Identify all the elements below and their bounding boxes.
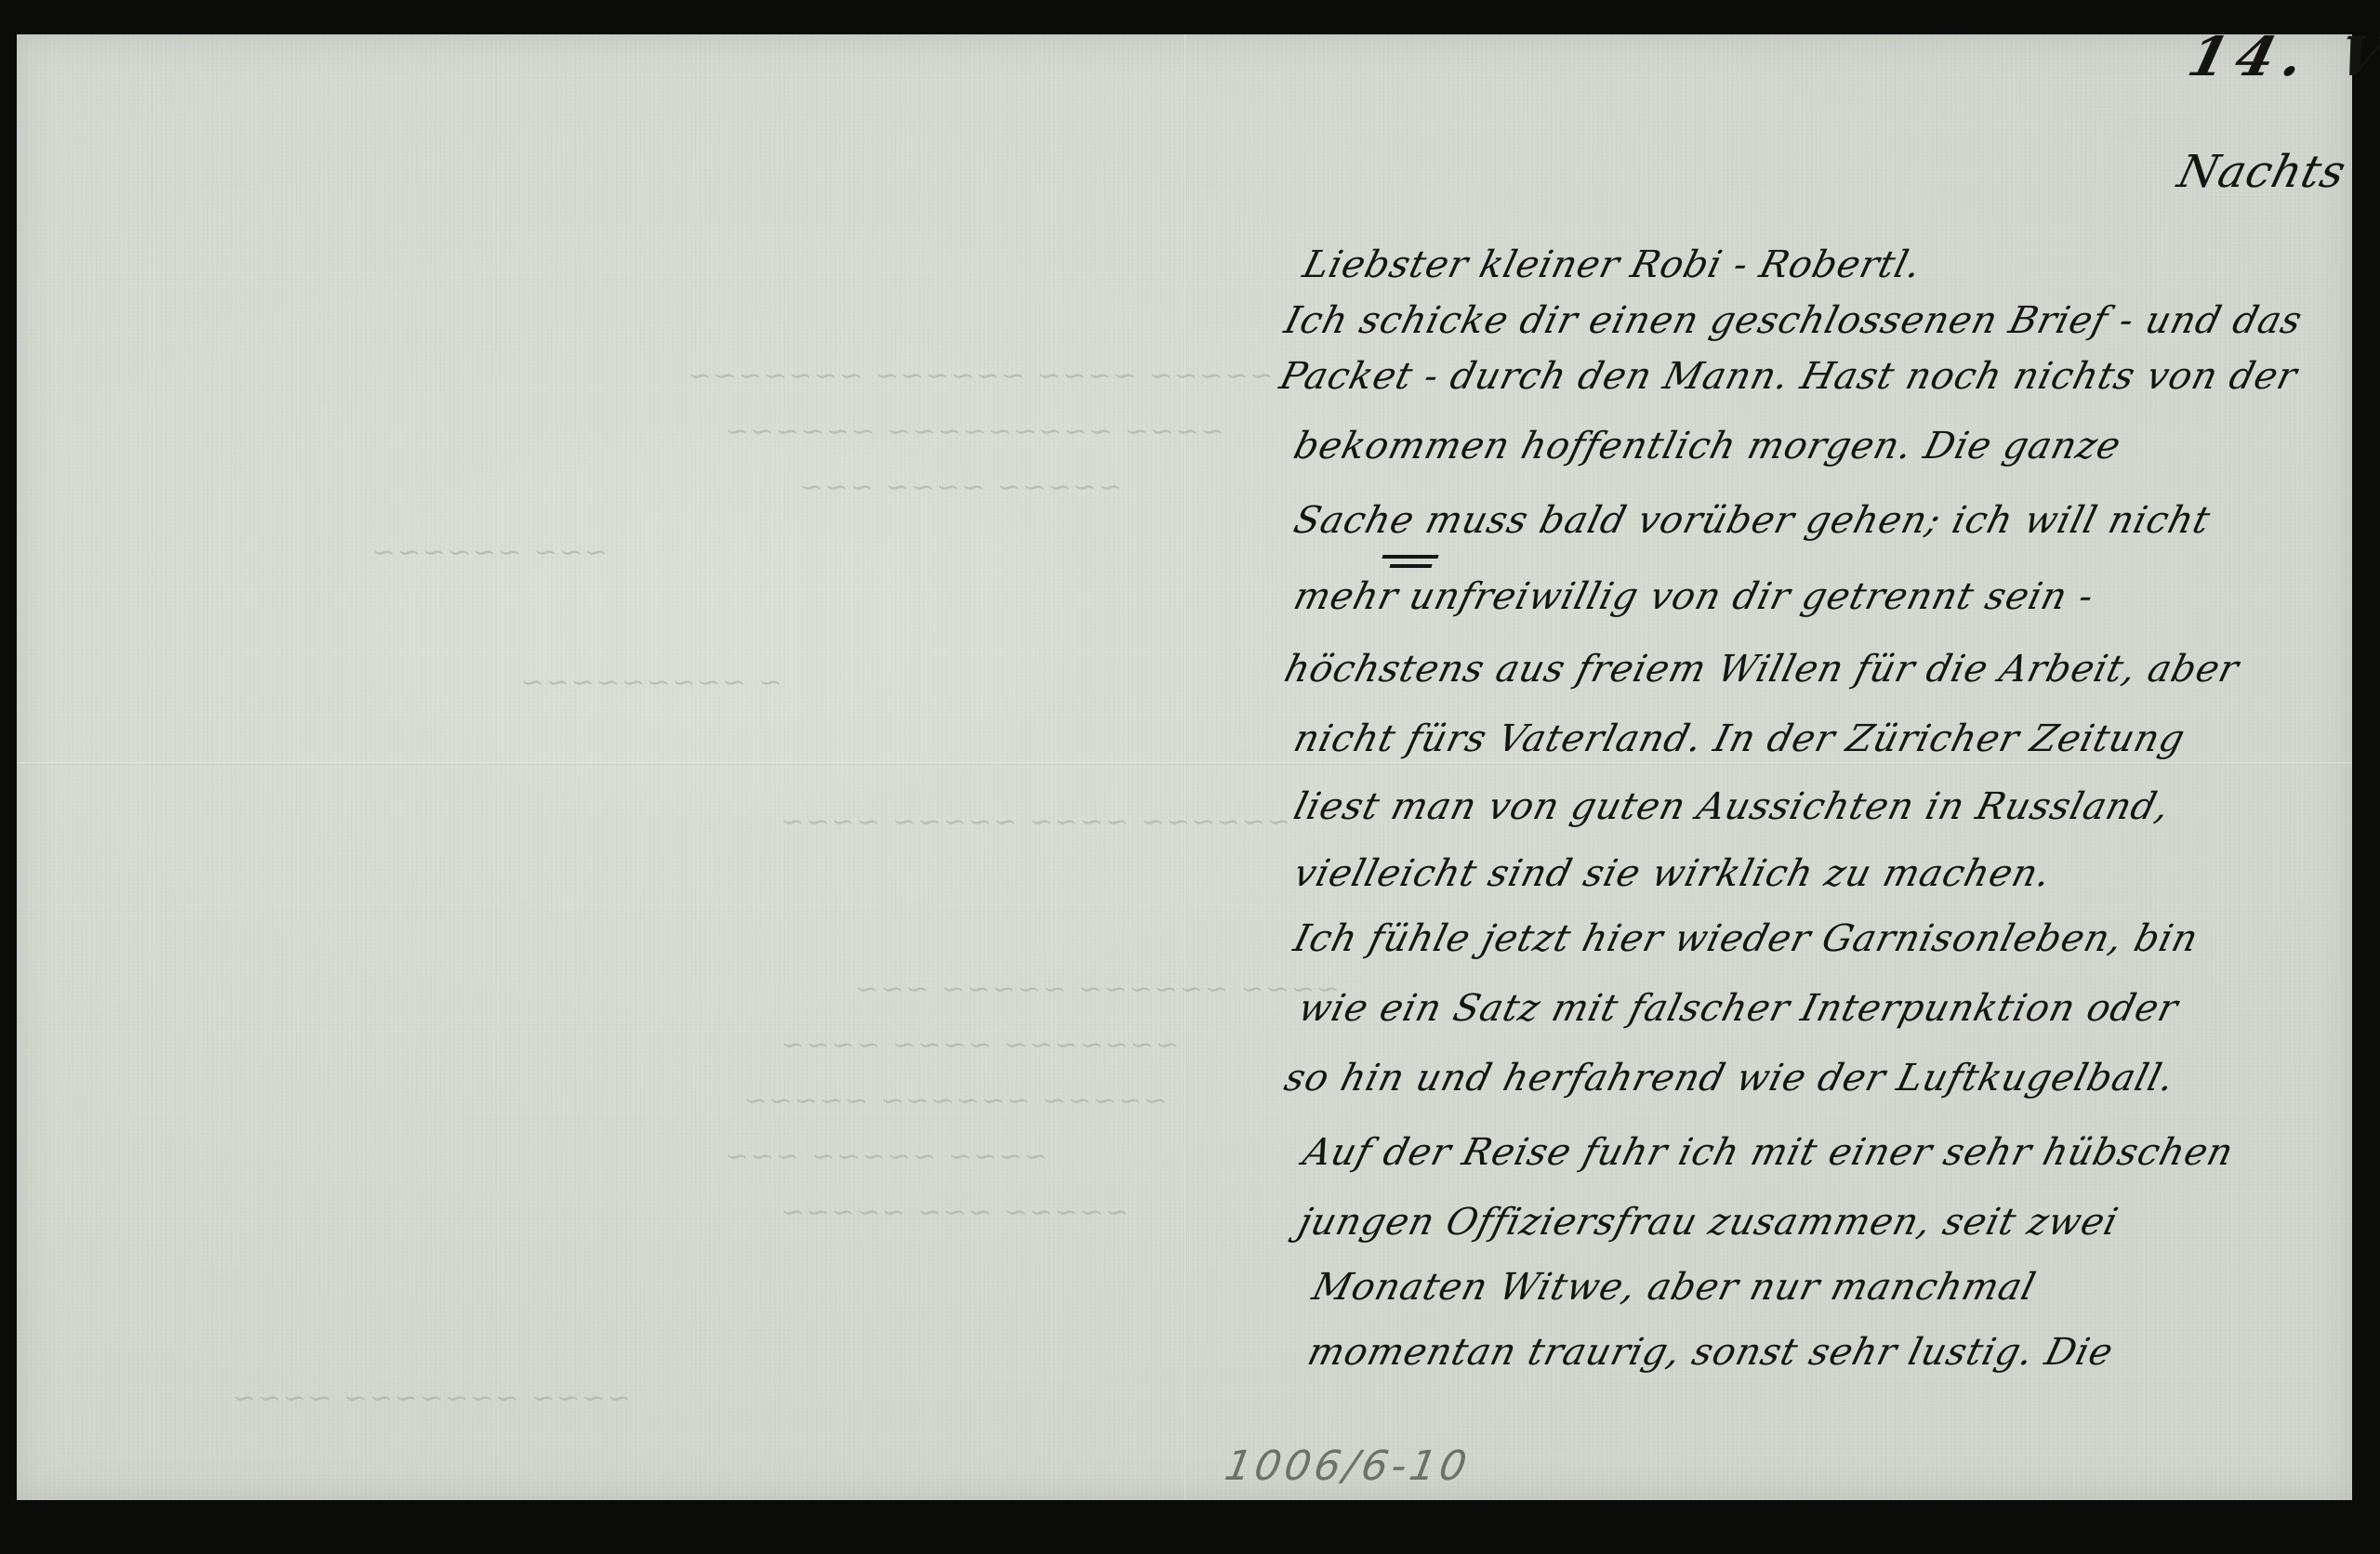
- letter-sheet: ~~~~~ ~~~~ ~~~~~~ ~~~~~~~ ~~~~ ~~~~~~~~~…: [17, 34, 2352, 1500]
- salutation: Liebster kleiner Robi - Robertl.: [1299, 244, 1926, 286]
- letter-line: jungen Offiziersfrau zusammen, seit zwei: [1294, 1201, 2122, 1244]
- letter-line: vielleicht sind sie wirklich zu machen.: [1289, 852, 2056, 895]
- emphasis-underline: [1382, 555, 1439, 559]
- bleed-through-stroke: ~~~~~ ~~~ ~~~~~: [777, 1196, 1131, 1229]
- letter-date: 14. VII 15: [2182, 25, 2380, 88]
- bleed-through-stroke: ~~~~ ~~~~~~~ ~~~~: [229, 1382, 633, 1415]
- letter-line: momentan traurig, sonst sehr lustig. Die: [1303, 1331, 2118, 1374]
- right-page: 14. VII 15 Nachts Liebster kleiner Robi …: [1187, 34, 2352, 1500]
- letter-line: Ich fühle jetzt hier wieder Garnisonlebe…: [1289, 917, 2203, 960]
- left-page: ~~~~~ ~~~~ ~~~~~~ ~~~~~~~ ~~~~ ~~~~~~~~~…: [17, 34, 1184, 1500]
- letter-line: höchstens aus freiem Willen für die Arbe…: [1280, 648, 2243, 691]
- letter-line: Sache muss bald vorüber gehen; ich will …: [1289, 499, 2215, 542]
- scan-background: ~~~~~ ~~~~ ~~~~~~ ~~~~~~~ ~~~~ ~~~~~~~~~…: [0, 0, 2380, 1554]
- bleed-through-stroke: ~~~~ ~~~~~~~~~ ~~~~~~: [721, 415, 1227, 448]
- archive-number: 1006/6-10: [1222, 1442, 1474, 1490]
- emphasis-underline: [1390, 564, 1433, 568]
- bleed-through-stroke: ~~~~ ~~~~~ ~~~: [721, 1140, 1051, 1173]
- bleed-through-stroke: ~~~~~ ~~~~~~ ~~~~~: [740, 1085, 1170, 1117]
- letter-place: Nachts: [2173, 146, 2351, 198]
- bleed-through-stroke: ~~~~~ ~~~~ ~~~: [796, 471, 1125, 504]
- letter-line: bekommen hoffentlich morgen. Die ganze: [1289, 425, 2125, 468]
- letter-line: Monaten Witwe, aber nur manchmal: [1308, 1266, 2041, 1309]
- letter-line: Auf der Reise fuhr ich mit einer sehr hü…: [1299, 1131, 2238, 1174]
- bleed-through-stroke: ~~~~~~~ ~~~~ ~~~~: [777, 1029, 1182, 1061]
- letter-line: mehr unfreiwillig von dir getrennt sein …: [1289, 575, 2098, 618]
- bleed-through-stroke: ~~~ ~~~~~~: [368, 536, 611, 569]
- bleed-through-stroke: ~ ~~~~~~~~~: [517, 666, 785, 699]
- letter-line: Packet - durch den Mann. Hast noch nicht…: [1276, 355, 2302, 398]
- letter-line: nicht fürs Vaterland. In der Züricher Ze…: [1289, 718, 2189, 760]
- letter-line: so hin und herfahrend wie der Luftkugelb…: [1280, 1057, 2179, 1100]
- letter-line: Ich schicke dir einen geschlossenen Brie…: [1280, 299, 2307, 342]
- letter-line: liest man von guten Aussichten in Russla…: [1289, 785, 2175, 828]
- letter-line: wie ein Satz mit falscher Interpunktion …: [1294, 987, 2183, 1030]
